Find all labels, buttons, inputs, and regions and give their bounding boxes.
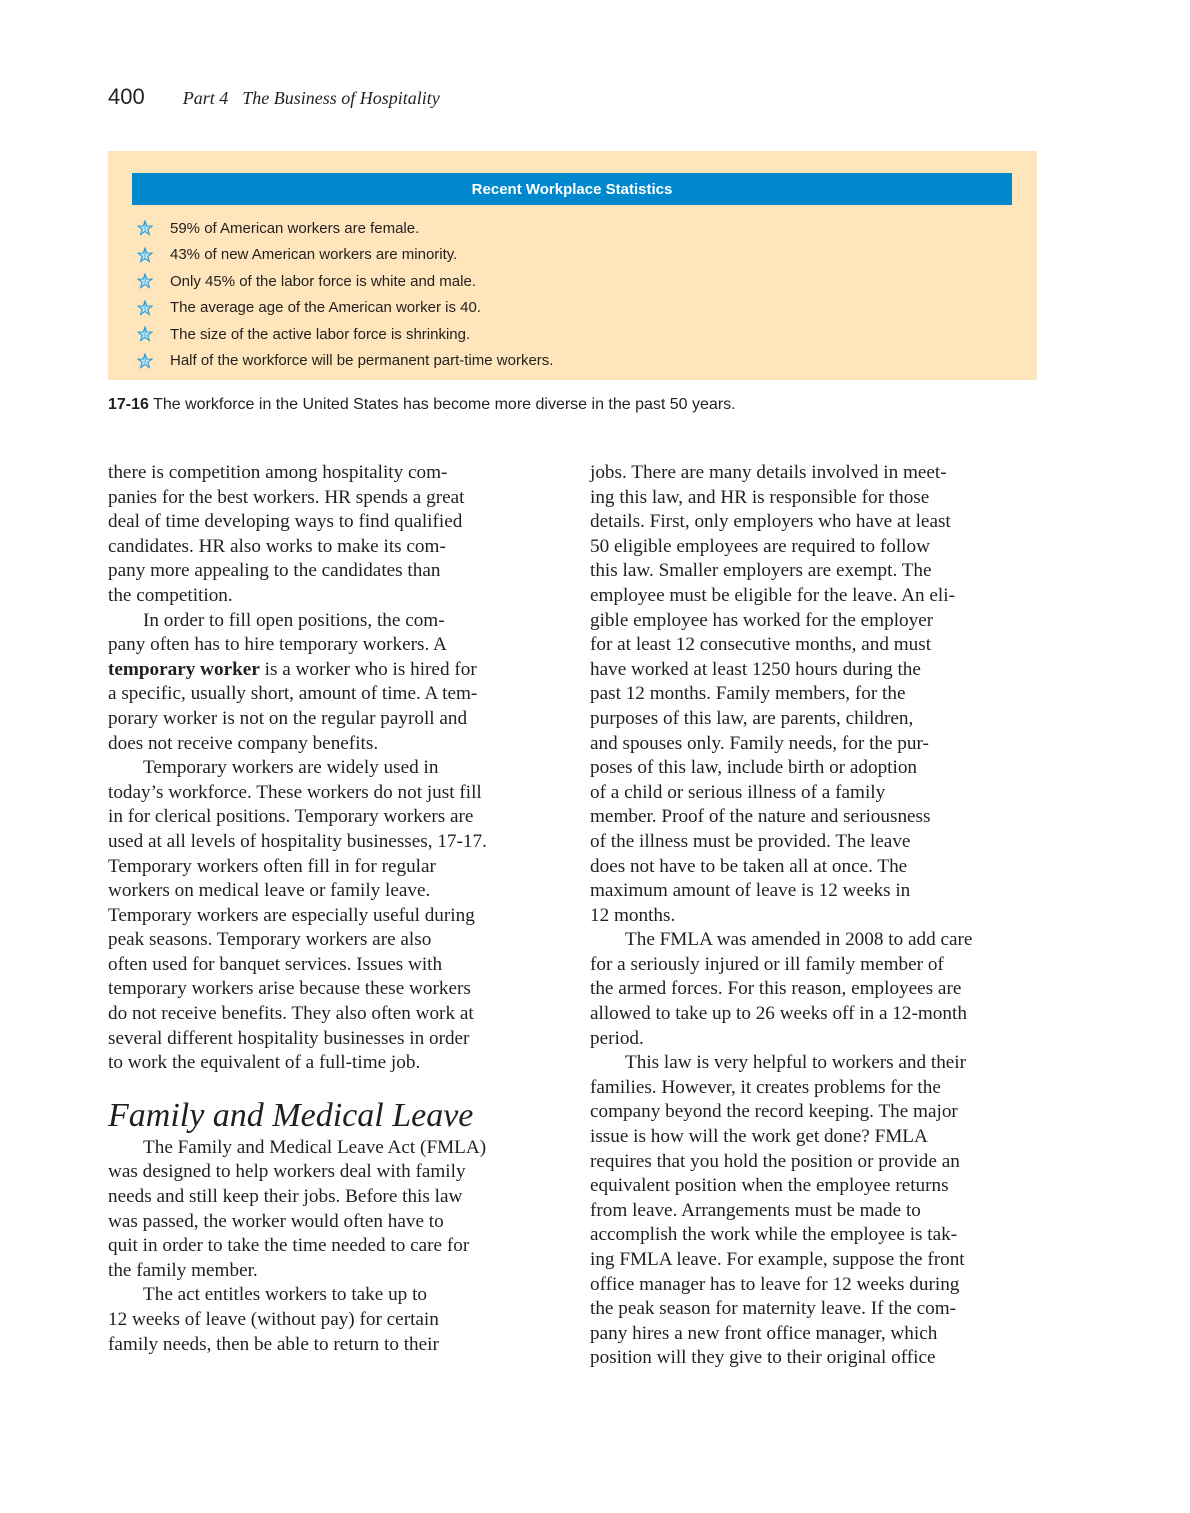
star-icon bbox=[137, 273, 153, 289]
star-icon bbox=[137, 220, 153, 236]
text-line: of the illness must be provided. The lea… bbox=[590, 830, 1038, 855]
text-line: for a seriously injured or ill family me… bbox=[590, 953, 1038, 978]
text-line: porary worker is not on the regular payr… bbox=[108, 707, 548, 732]
list-item: 43% of new American workers are minority… bbox=[132, 242, 553, 269]
text-line: the armed forces. For this reason, emplo… bbox=[590, 977, 1038, 1002]
text-line: candidates. HR also works to make its co… bbox=[108, 535, 548, 560]
text-line: member. Proof of the nature and seriousn… bbox=[590, 805, 1038, 830]
stat-text: The average age of the American worker i… bbox=[170, 299, 481, 316]
figure-header-title: Recent Workplace Statistics bbox=[472, 181, 673, 198]
text-line: often used for banquet services. Issues … bbox=[108, 953, 548, 978]
book-title: The Business of Hospitality bbox=[242, 88, 440, 109]
paragraph: there is competition among hospitality c… bbox=[108, 461, 548, 609]
text-line: this law. Smaller employers are exempt. … bbox=[590, 559, 1038, 584]
text-line: office manager has to leave for 12 weeks… bbox=[590, 1273, 1038, 1298]
text-line: does not receive company benefits. bbox=[108, 732, 548, 757]
text-line: maximum amount of leave is 12 weeks in bbox=[590, 879, 1038, 904]
text-line: have worked at least 1250 hours during t… bbox=[590, 658, 1038, 683]
text-line: temporary worker is a worker who is hire… bbox=[108, 658, 548, 683]
text-line: 50 eligible employees are required to fo… bbox=[590, 535, 1038, 560]
text-line: accomplish the work while the employee i… bbox=[590, 1223, 1038, 1248]
caption-text: The workforce in the United States has b… bbox=[149, 396, 736, 413]
text-line: a specific, usually short, amount of tim… bbox=[108, 682, 548, 707]
text-line: panies for the best workers. HR spends a… bbox=[108, 486, 548, 511]
text-line: The act entitles workers to take up to bbox=[108, 1283, 548, 1308]
stat-text: Half of the workforce will be permanent … bbox=[170, 352, 553, 369]
paragraph: jobs. There are many details involved in… bbox=[590, 461, 1038, 928]
text-line: pany hires a new front office manager, w… bbox=[590, 1322, 1038, 1347]
text-line: ing FMLA leave. For example, suppose the… bbox=[590, 1248, 1038, 1273]
text-line: 12 months. bbox=[590, 904, 1038, 929]
text-line: Temporary workers are widely used in bbox=[108, 756, 548, 781]
list-item: 59% of American workers are female. bbox=[132, 215, 553, 242]
star-icon bbox=[137, 300, 153, 316]
paragraph: In order to fill open positions, the com… bbox=[108, 609, 548, 757]
text-line: pany often has to hire temporary workers… bbox=[108, 633, 548, 658]
text-line: details. First, only employers who have … bbox=[590, 510, 1038, 535]
text-line: position will they give to their origina… bbox=[590, 1346, 1038, 1371]
text-line: families. However, it creates problems f… bbox=[590, 1076, 1038, 1101]
text-line: company beyond the record keeping. The m… bbox=[590, 1100, 1038, 1125]
workplace-statistics-figure: Recent Workplace Statistics 59% of Ameri… bbox=[108, 151, 1037, 380]
text-line: deal of time developing ways to find qua… bbox=[108, 510, 548, 535]
page-number: 400 bbox=[108, 84, 145, 110]
text-line: today’s workforce. These workers do not … bbox=[108, 781, 548, 806]
text-line: for at least 12 consecutive months, and … bbox=[590, 633, 1038, 658]
text-line: there is competition among hospitality c… bbox=[108, 461, 548, 486]
stat-text: 43% of new American workers are minority… bbox=[170, 246, 457, 263]
text-fragment: is a worker who is hired for bbox=[260, 659, 477, 680]
right-column: jobs. There are many details involved in… bbox=[590, 461, 1038, 1371]
stat-text: The size of the active labor force is sh… bbox=[170, 326, 470, 343]
text-line: The FMLA was amended in 2008 to add care bbox=[590, 928, 1038, 953]
text-line: was passed, the worker would often have … bbox=[108, 1210, 548, 1235]
figure-caption: 17-16 The workforce in the United States… bbox=[108, 396, 736, 414]
paragraph: The Family and Medical Leave Act (FMLA) … bbox=[108, 1136, 548, 1284]
list-item: The average age of the American worker i… bbox=[132, 295, 553, 322]
figure-header: Recent Workplace Statistics bbox=[132, 173, 1012, 205]
text-line: of a child or serious illness of a famil… bbox=[590, 781, 1038, 806]
text-line: past 12 months. Family members, for the bbox=[590, 682, 1038, 707]
paragraph: The FMLA was amended in 2008 to add care… bbox=[590, 928, 1038, 1051]
statistics-list: 59% of American workers are female. 43% … bbox=[132, 215, 553, 374]
text-line: requires that you hold the position or p… bbox=[590, 1150, 1038, 1175]
text-line: purposes of this law, are parents, child… bbox=[590, 707, 1038, 732]
text-line: the peak season for maternity leave. If … bbox=[590, 1297, 1038, 1322]
paragraph: The act entitles workers to take up to 1… bbox=[108, 1283, 548, 1357]
text-line: do not receive benefits. They also often… bbox=[108, 1002, 548, 1027]
star-icon bbox=[137, 353, 153, 369]
text-line: the competition. bbox=[108, 584, 548, 609]
text-line: quit in order to take the time needed to… bbox=[108, 1234, 548, 1259]
text-line: from leave. Arrangements must be made to bbox=[590, 1199, 1038, 1224]
stat-text: Only 45% of the labor force is white and… bbox=[170, 273, 476, 290]
star-icon bbox=[137, 247, 153, 263]
text-line: and spouses only. Family needs, for the … bbox=[590, 732, 1038, 757]
text-line: Temporary workers are especially useful … bbox=[108, 904, 548, 929]
text-line: needs and still keep their jobs. Before … bbox=[108, 1185, 548, 1210]
text-line: jobs. There are many details involved in… bbox=[590, 461, 1038, 486]
section-heading: Family and Medical Leave bbox=[108, 1096, 548, 1136]
text-line: Temporary workers often fill in for regu… bbox=[108, 855, 548, 880]
figure-number: 17-16 bbox=[108, 396, 149, 413]
text-line: temporary workers arise because these wo… bbox=[108, 977, 548, 1002]
text-line: gible employee has worked for the employ… bbox=[590, 609, 1038, 634]
text-line: allowed to take up to 26 weeks off in a … bbox=[590, 1002, 1038, 1027]
list-item: Half of the workforce will be permanent … bbox=[132, 348, 553, 375]
text-line: several different hospitality businesses… bbox=[108, 1027, 548, 1052]
star-icon bbox=[137, 326, 153, 342]
text-line: period. bbox=[590, 1027, 1038, 1052]
running-head: 400 Part 4 The Business of Hospitality bbox=[108, 84, 440, 114]
text-line: workers on medical leave or family leave… bbox=[108, 879, 548, 904]
left-column: there is competition among hospitality c… bbox=[108, 461, 548, 1357]
list-item: Only 45% of the labor force is white and… bbox=[132, 268, 553, 295]
text-line: used at all levels of hospitality busine… bbox=[108, 830, 548, 855]
text-line: was designed to help workers deal with f… bbox=[108, 1160, 548, 1185]
key-term: temporary worker bbox=[108, 659, 260, 680]
text-line: 12 weeks of leave (without pay) for cert… bbox=[108, 1308, 548, 1333]
text-line: ing this law, and HR is responsible for … bbox=[590, 486, 1038, 511]
text-line: issue is how will the work get done? FML… bbox=[590, 1125, 1038, 1150]
stat-text: 59% of American workers are female. bbox=[170, 220, 419, 237]
paragraph: This law is very helpful to workers and … bbox=[590, 1051, 1038, 1371]
text-line: poses of this law, include birth or adop… bbox=[590, 756, 1038, 781]
text-line: in for clerical positions. Temporary wor… bbox=[108, 805, 548, 830]
text-line: does not have to be taken all at once. T… bbox=[590, 855, 1038, 880]
text-line: family needs, then be able to return to … bbox=[108, 1333, 548, 1358]
text-line: the family member. bbox=[108, 1259, 548, 1284]
text-line: pany more appealing to the candidates th… bbox=[108, 559, 548, 584]
text-line: The Family and Medical Leave Act (FMLA) bbox=[108, 1136, 548, 1161]
paragraph: Temporary workers are widely used in tod… bbox=[108, 756, 548, 1076]
text-line: In order to fill open positions, the com… bbox=[108, 609, 548, 634]
part-label: Part 4 bbox=[183, 88, 229, 109]
text-line: This law is very helpful to workers and … bbox=[590, 1051, 1038, 1076]
list-item: The size of the active labor force is sh… bbox=[132, 321, 553, 348]
text-line: equivalent position when the employee re… bbox=[590, 1174, 1038, 1199]
text-line: employee must be eligible for the leave.… bbox=[590, 584, 1038, 609]
text-line: peak seasons. Temporary workers are also bbox=[108, 928, 548, 953]
text-line: to work the equivalent of a full-time jo… bbox=[108, 1051, 548, 1076]
